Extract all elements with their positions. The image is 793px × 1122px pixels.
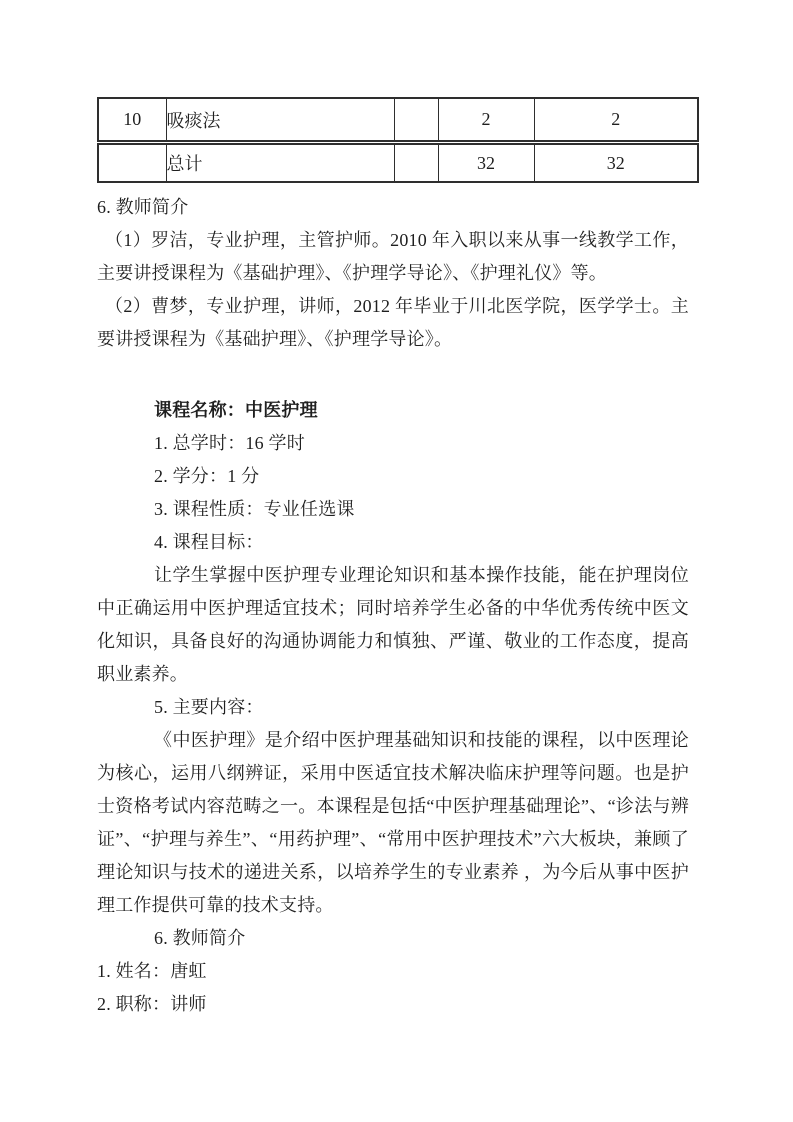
table-cell: 32 [534, 143, 698, 183]
table-cell: 吸痰法 [166, 98, 394, 143]
table-cell: 总计 [166, 143, 394, 183]
paragraph: 1. 姓名：唐虹 [97, 955, 689, 988]
paragraph: 3. 课程性质：专业任选课 [97, 493, 689, 526]
paragraph: 1. 总学时：16 学时 [97, 427, 689, 460]
paragraph: （2）曹梦，专业护理，讲师，2012 年毕业于川北医学院，医学学士。主要讲授课程… [97, 290, 689, 356]
table-cell: 2 [534, 98, 698, 143]
table-row: 10吸痰法22 [98, 98, 698, 143]
paragraph: 让学生掌握中医护理专业理论知识和基本操作技能，能在护理岗位中正确运用中医护理适宜… [97, 559, 689, 691]
table-cell: 2 [438, 98, 534, 143]
document-page: 10吸痰法22总计3232 6. 教师简介（1）罗洁，专业护理，主管护师。201… [0, 0, 793, 1122]
paragraph: 2. 学分：1 分 [97, 460, 689, 493]
paragraph: 4. 课程目标： [97, 526, 689, 559]
table-cell: 32 [438, 143, 534, 183]
paragraph: 6. 教师简介 [97, 922, 689, 955]
course-hours-table-body: 10吸痰法22总计3232 [98, 98, 698, 182]
course-hours-table: 10吸痰法22总计3232 [97, 97, 699, 183]
table-cell [394, 143, 438, 183]
paragraph: 《中医护理》是介绍中医护理基础知识和技能的课程，以中医理论为核心，运用八纲辨证，… [97, 724, 689, 922]
paragraph: 5. 主要内容： [97, 691, 689, 724]
paragraph: 2. 职称：讲师 [97, 988, 689, 1021]
table-cell [394, 98, 438, 143]
paragraph: 6. 教师简介 [97, 191, 689, 224]
document-body: 6. 教师简介（1）罗洁，专业护理，主管护师。2010 年入职以来从事一线教学工… [97, 191, 689, 1021]
table-row: 总计3232 [98, 143, 698, 183]
paragraph: （1）罗洁，专业护理，主管护师。2010 年入职以来从事一线教学工作，主要讲授课… [97, 224, 689, 290]
course-title-heading: 课程名称：中医护理 [97, 394, 689, 427]
table-cell: 10 [98, 98, 166, 143]
table-cell [98, 143, 166, 183]
